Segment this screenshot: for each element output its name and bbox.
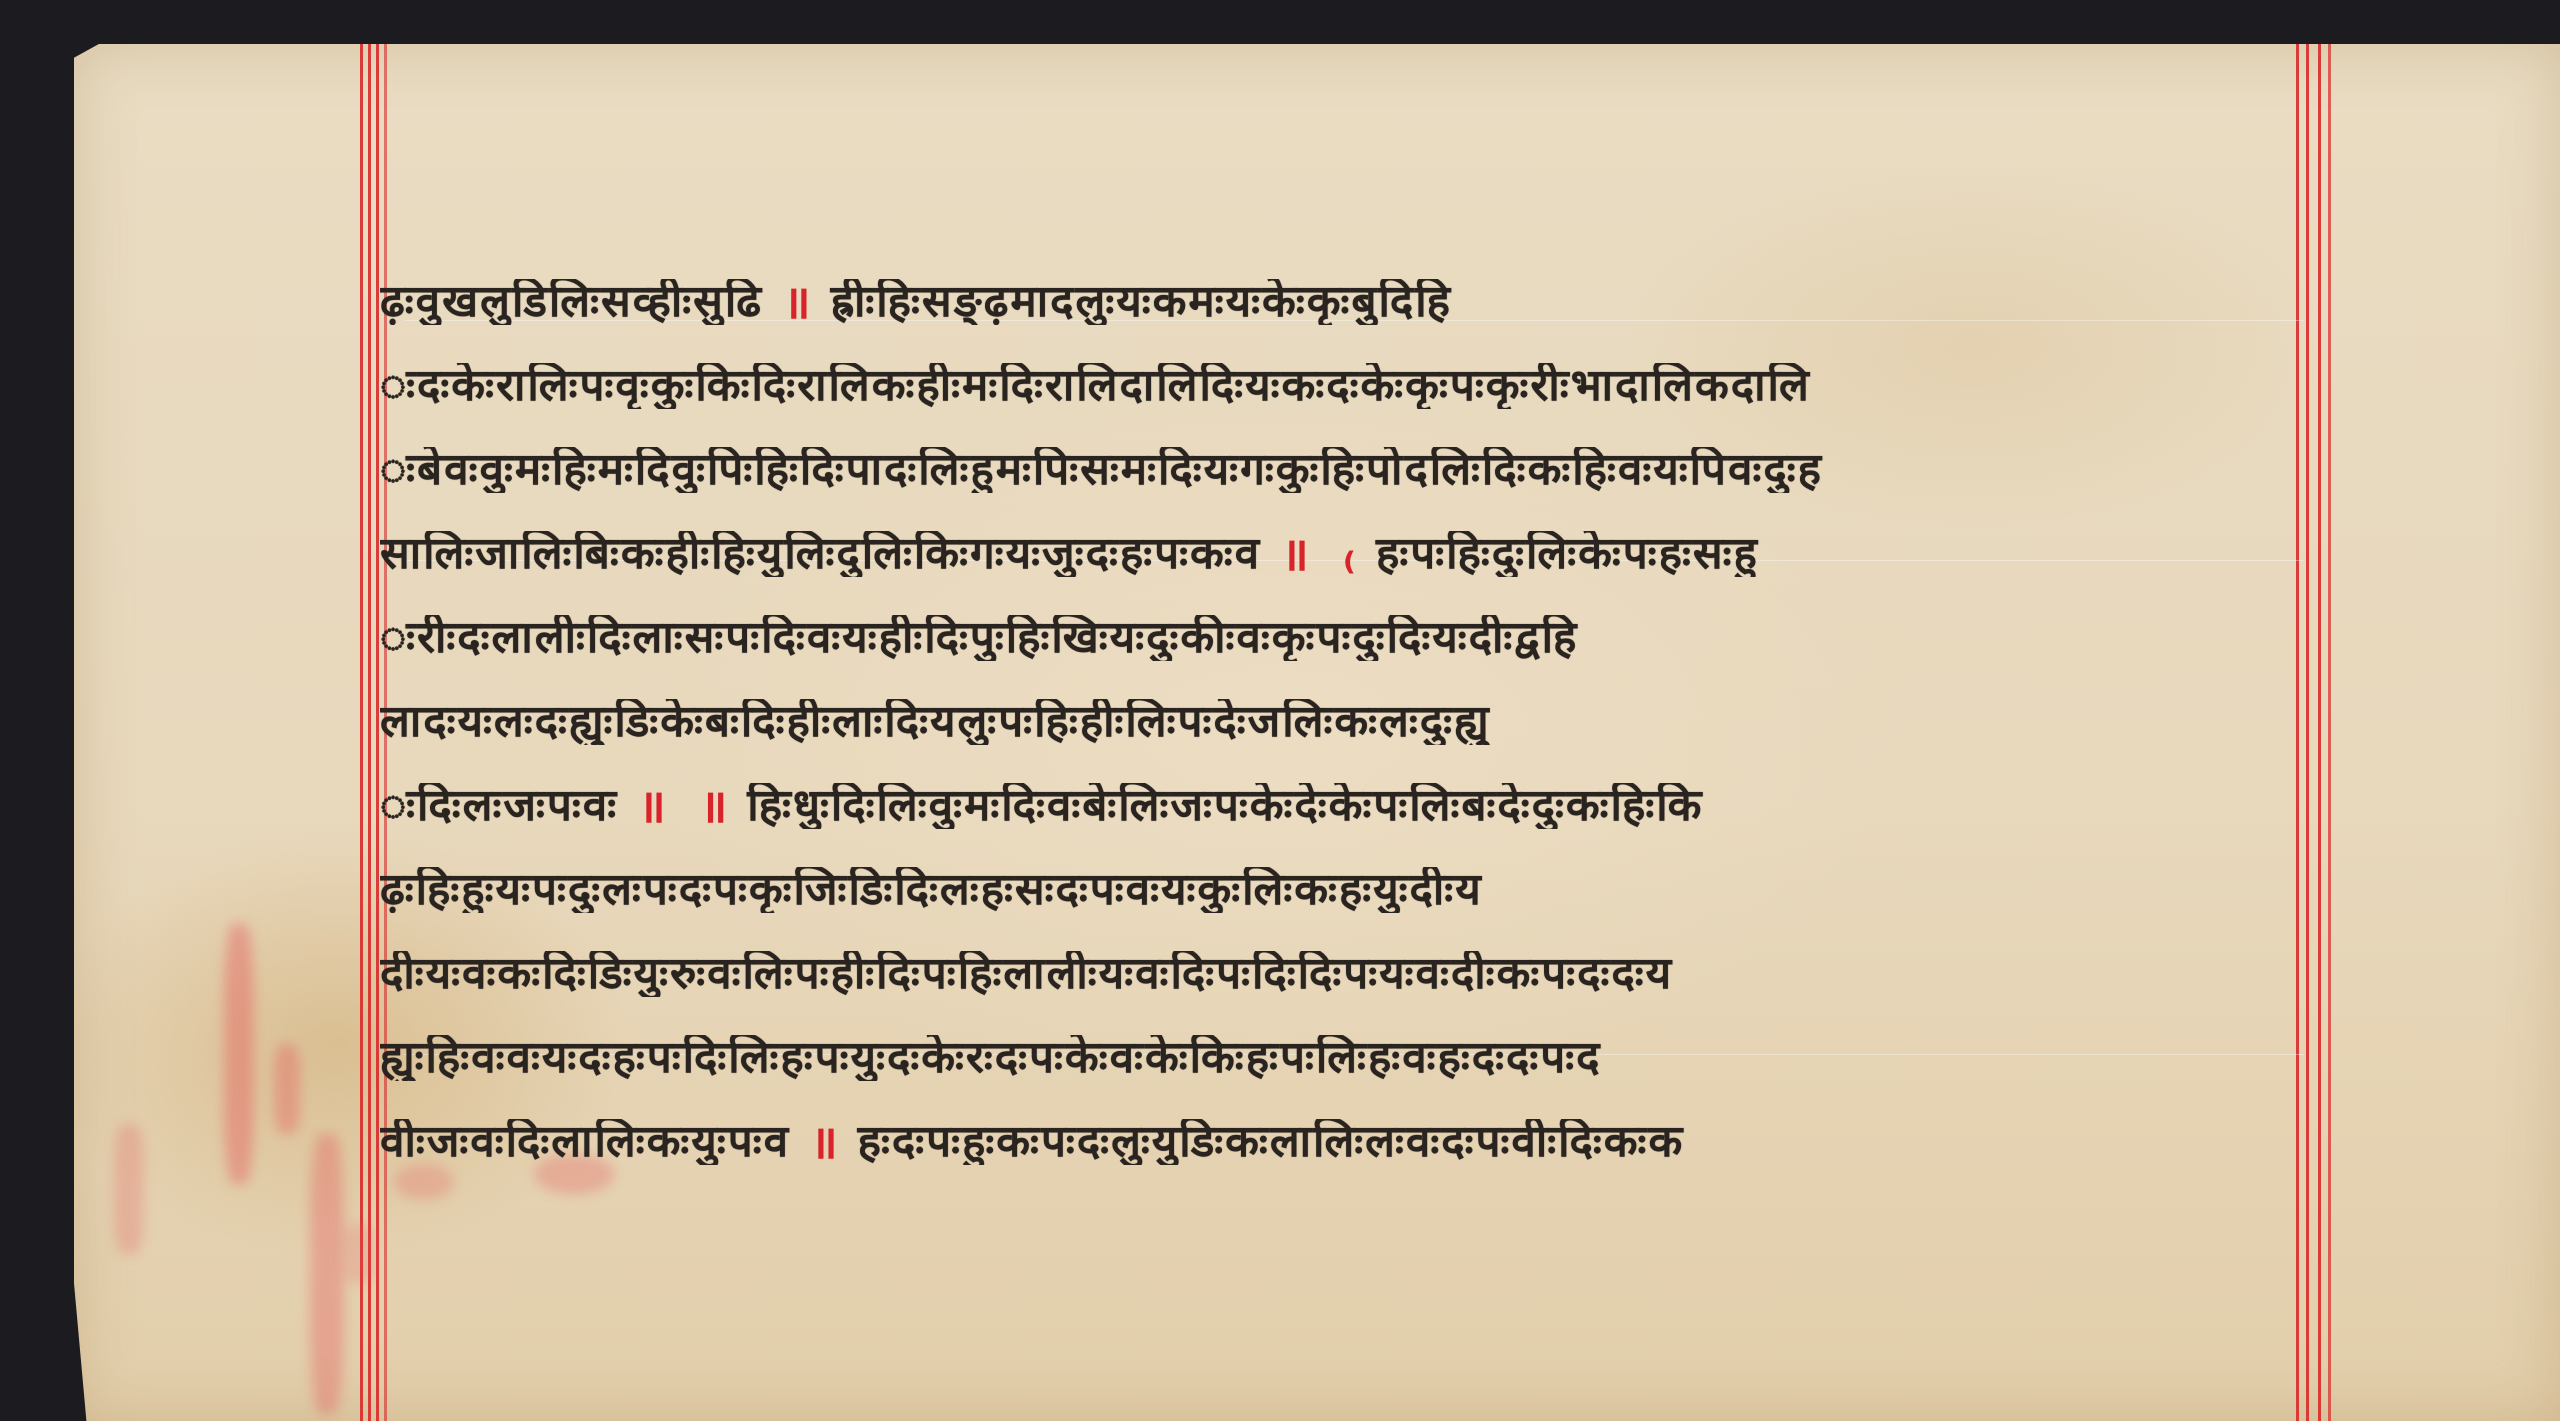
- red-danda: ॥: [796, 1119, 852, 1165]
- ink-text: लादःयःलःदःह्युःडिःकेःबःदिःहीःलाःदिःयलुःप…: [380, 699, 1491, 745]
- right-margin-rule: [2328, 44, 2331, 1421]
- ink-text: वीःजःवःदिःलालिःकःयुःपःव: [380, 1119, 790, 1165]
- ink-text: ह्रीःहिःसङ्ढ़मादलुःयःकमःयःकेःकृःबुदिहि: [831, 279, 1452, 325]
- ink-text: ःरीःदःलालीःदिःलाःसःपःदिःवःयःहीःदिःपुःहिः…: [380, 615, 1578, 661]
- red-stain: [224, 924, 254, 1184]
- red-stain: [394, 1164, 454, 1200]
- manuscript-text: ढ़ःवुखलुडिलिःसव्हीःसुढि ॥ ह्रीःहिःसङ्ढ़म…: [380, 245, 2315, 1169]
- text-line-10: ह्युःहिःवःवःयःदःहःपःदिःलिःहःपःयुःदःकेःरः…: [380, 1001, 2315, 1081]
- ink-text: ःबेवःवुःमःहिःमःदिवुःपिःहिःदिःपादःलिःहुमः…: [380, 447, 1823, 493]
- text-line-6: लादःयःलःदःह्युःडिःकेःबःदिःहीःलाःदिःयलुःप…: [380, 665, 2315, 745]
- red-danda: ॥: [624, 783, 680, 829]
- text-line-1: ढ़ःवुखलुडिलिःसव्हीःसुढि ॥ ह्रीःहिःसङ्ढ़म…: [380, 245, 2315, 325]
- text-line-7: ःदिःलःजःपःवः ॥ ॥ हिःधुःदिःलिःवुःमःदिःवःब…: [380, 749, 2315, 829]
- text-line-4: सालिःजालिःबिःकःहीःहिःयुलिःदुलिःकिःगःयःजु…: [380, 497, 2315, 577]
- ink-text: ढ़ःवुखलुडिलिःसव्हीःसुढि: [380, 279, 763, 325]
- text-line-11: वीःजःवःदिःलालिःकःयुःपःव ॥ हःदःपःहुःकःपःद…: [380, 1085, 2315, 1165]
- ink-text: ःदिःलःजःपःवः: [380, 783, 618, 829]
- text-line-2: ःदःकेःरालिःपःवृःकुःकिःदिःरालिकःहीःमःदिःर…: [380, 329, 2315, 409]
- ink-text: सालिःजालिःबिःकःहीःहिःयुलिःदुलिःकिःगःयःजु…: [380, 531, 1261, 577]
- red-stain: [114, 1124, 144, 1254]
- left-margin-rule: [368, 44, 371, 1421]
- left-margin-rule: [360, 44, 363, 1421]
- red-stain: [274, 1044, 300, 1134]
- ink-text: ढ़ःहिःहुःयःपःदुःलःपःदःपःकृःजिःडिःदिःलःहः…: [380, 867, 1483, 913]
- text-line-3: ःबेवःवुःमःहिःमःदिवुःपिःहिःदिःपादःलिःहुमः…: [380, 413, 2315, 493]
- red-danda: ॥: [1267, 531, 1323, 577]
- text-line-9: दीःयःवःकःदिःडिःयुःरुःवःलिःपःहीःदिःपःहिःल…: [380, 917, 2315, 997]
- ink-text: हःपःहिःदुःलिःकेःपःहःसःहु: [1376, 531, 1759, 577]
- red-stain: [344, 1224, 374, 1284]
- ink-text: ह्युःहिःवःवःयःदःहःपःदिःलिःहःपःयुःदःकेःरः…: [380, 1035, 1602, 1081]
- red-danda: ॥: [686, 783, 742, 829]
- ink-text: हिःधुःदिःलिःवुःमःदिःवःबेःलिःजःपःकेःदेःके…: [747, 783, 1703, 829]
- red-danda: ॥: [769, 279, 825, 325]
- ink-text: हःदःपःहुःकःपःदःलुःयुडिःकःलालिःलःवःदःपःवी…: [858, 1119, 1685, 1165]
- left-margin-rule: [376, 44, 379, 1421]
- text-line-5: ःरीःदःलालीःदिःलाःसःपःदिःवःयःहीःदिःपुःहिः…: [380, 581, 2315, 661]
- text-line-8: ढ़ःहिःहुःयःपःदुःलःपःदःपःकृःजिःडिःदिःलःहः…: [380, 833, 2315, 913]
- ink-text: ःदःकेःरालिःपःवृःकुःकिःदिःरालिकःहीःमःदिःर…: [380, 363, 1811, 409]
- ink-text: दीःयःवःकःदिःडिःयुःरुःवःलिःपःहीःदिःपःहिःल…: [380, 951, 1673, 997]
- red-stain: [310, 1134, 344, 1414]
- red-rubric-mark: ₍: [1329, 531, 1370, 577]
- right-margin-rule: [2318, 44, 2321, 1421]
